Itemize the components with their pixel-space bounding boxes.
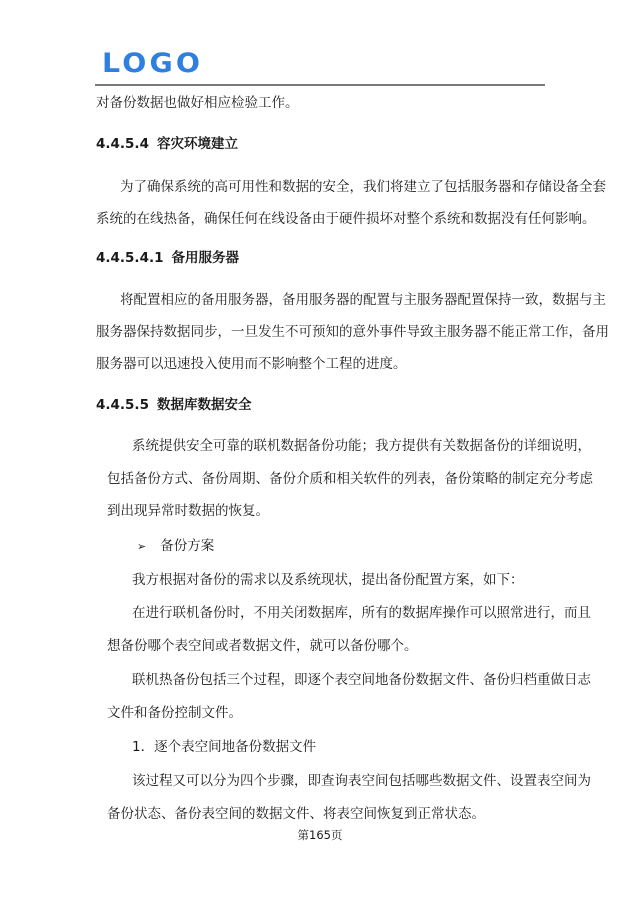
paragraph-line: 系统的在线热备，确保任何在线设备由于硬件损坏对整个系统和数据没有任何影响。 [96, 210, 596, 228]
paragraph-line: 为了确保系统的高可用性和数据的安全，我们将建立了包括服务器和存储设备全套 [120, 178, 606, 196]
paragraph-line: 服务器保持数据同步，一旦发生不可预知的意外事件导致主服务器不能正常工作，备用 [96, 323, 609, 341]
heading-title: 备用服务器 [171, 250, 239, 266]
paragraph-line: 服务器可以迅速投入使用而不影响整个工程的进度。 [96, 355, 407, 373]
paragraph-line: 想备份哪个表空间或者数据文件，就可以备份哪个。 [107, 637, 418, 655]
heading-number: 4.4.5.5 [96, 397, 149, 413]
section-heading-4-4-5-5: 4.4.5.5数据库数据安全 [96, 396, 251, 414]
arrow-bullet-icon: ➢ [137, 538, 146, 556]
paragraph-line: 联机热备份包括三个过程，即逐个表空间地备份数据文件、备份归档重做日志 [132, 671, 591, 689]
paragraph-continuation: 对备份数据也做好相应检验工作。 [96, 94, 299, 112]
header-divider [95, 84, 545, 86]
paragraph-line: 系统提供安全可靠的联机数据备份功能；我方提供有关数据备份的详细说明， [132, 437, 591, 455]
paragraph-line: 在进行联机备份时，不用关闭数据库，所有的数据库操作可以照常进行，而且 [132, 604, 591, 622]
heading-title: 容灾环境建立 [157, 136, 238, 152]
paragraph-line: 包括备份方式、备份周期、备份介质和相关软件的列表，备份策略的制定充分考虑 [107, 470, 593, 488]
heading-number: 4.4.5.4 [96, 136, 149, 152]
page-number: 第165页 [0, 827, 640, 843]
paragraph-line: 到出现异常时数据的恢复。 [107, 502, 269, 520]
paragraph-line: 备份状态、备份表空间的数据文件、将表空间恢复到正常状态。 [107, 805, 485, 823]
numbered-item: 1．逐个表空间地备份数据文件 [132, 738, 316, 756]
section-heading-4-4-5-4-1: 4.4.5.4.1备用服务器 [96, 249, 239, 267]
company-logo: LOGO [102, 50, 203, 78]
bullet-item-backup-plan: ➢备份方案 [137, 537, 214, 556]
paragraph-line: 文件和备份控制文件。 [107, 704, 242, 722]
heading-title: 数据库数据安全 [157, 397, 252, 413]
section-heading-4-4-5-4: 4.4.5.4容灾环境建立 [96, 135, 238, 153]
bullet-text: 备份方案 [160, 538, 214, 554]
paragraph-line: 该过程又可以分为四个步骤，即查询表空间包括哪些数据文件、设置表空间为 [132, 772, 591, 790]
heading-number: 4.4.5.4.1 [96, 250, 163, 266]
paragraph-line: 我方根据对备份的需求以及系统现状，提出备份配置方案，如下： [132, 571, 524, 589]
paragraph-line: 将配置相应的备用服务器，备用服务器的配置与主服务器配置保持一致，数据与主 [120, 291, 606, 309]
